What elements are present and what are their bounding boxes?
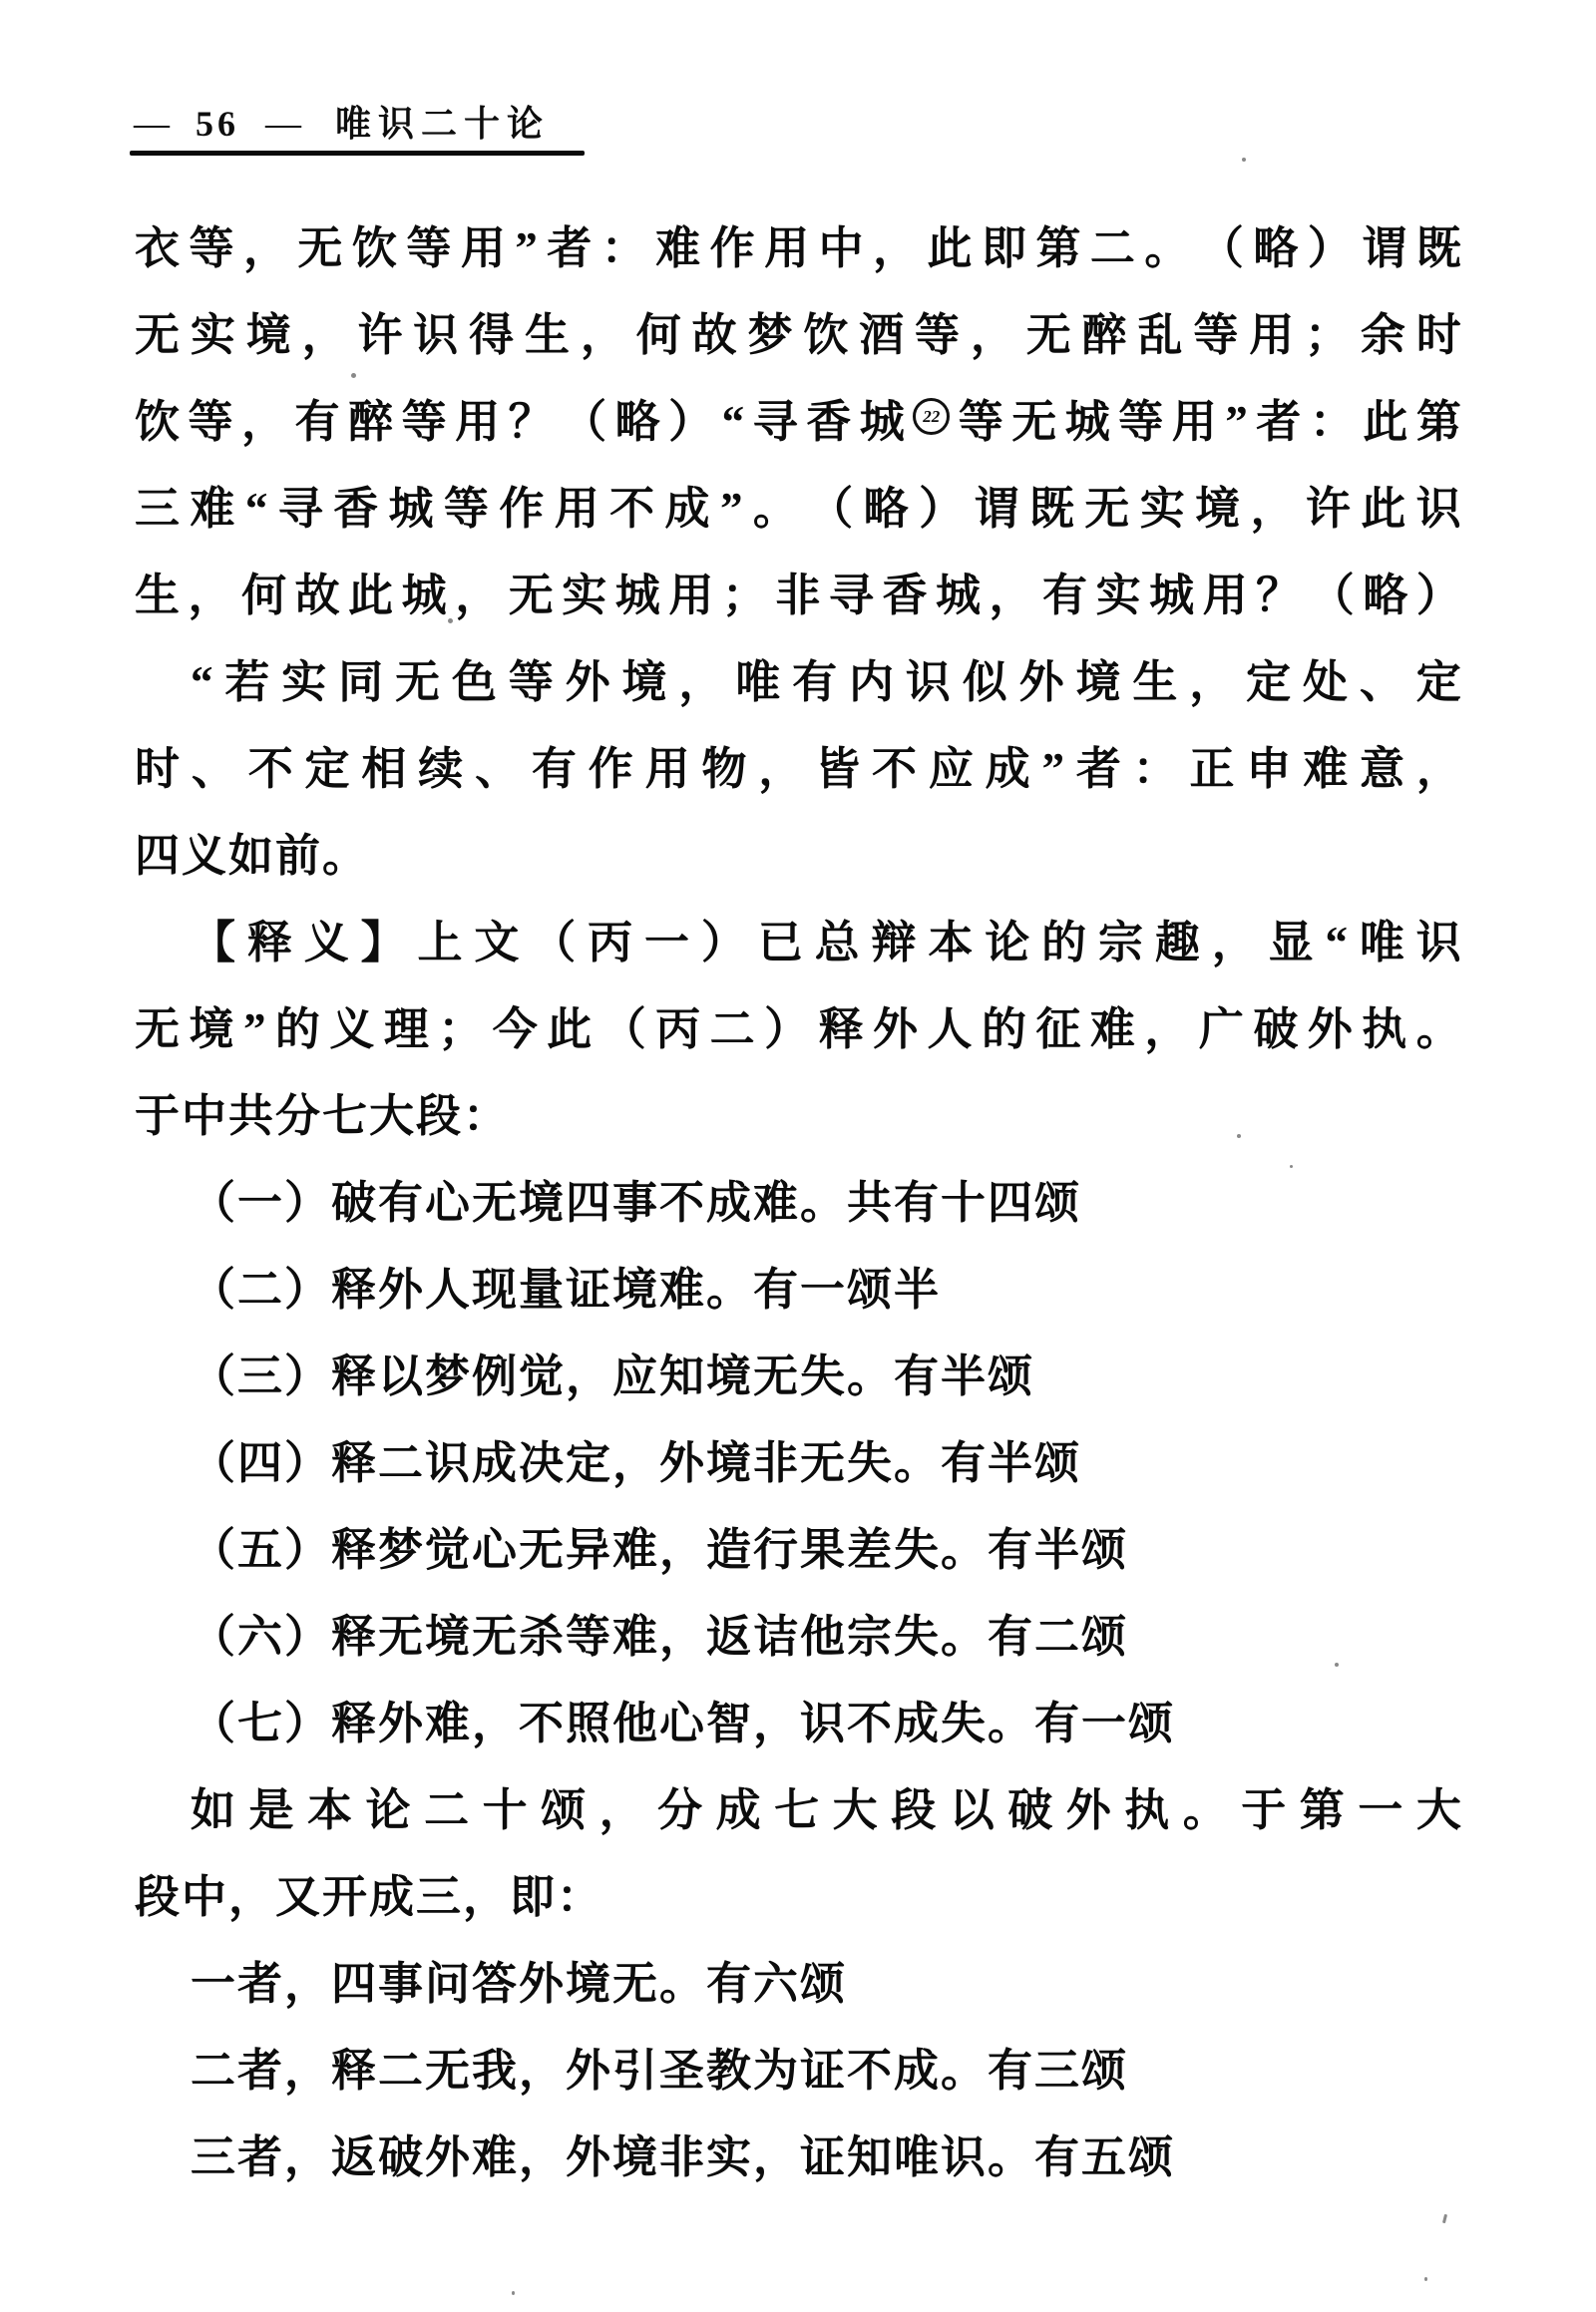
glyph: 外 bbox=[566, 639, 610, 726]
glyph: 香 bbox=[882, 553, 927, 639]
glyph: 趣 bbox=[1155, 900, 1200, 986]
glyph: 境 bbox=[1195, 466, 1240, 553]
glyph: 】 bbox=[361, 900, 406, 986]
glyph: 今 bbox=[493, 986, 538, 1073]
footnote-marker: 22 bbox=[913, 398, 950, 435]
glyph: 中 bbox=[819, 205, 864, 292]
glyph: 定 bbox=[1246, 639, 1291, 726]
text-run: （五）释梦觉心无异难，造行果差失。有半颂 bbox=[191, 1525, 1128, 1575]
text-run: （三）释以梦例觉，应知境无失。有半颂 bbox=[191, 1351, 1034, 1401]
glyph: 。 bbox=[1183, 1767, 1228, 1854]
scan-speck bbox=[512, 2291, 515, 2295]
scan-speck bbox=[1242, 158, 1246, 162]
glyph: 等 bbox=[189, 379, 233, 466]
glyph: 故 bbox=[295, 553, 340, 639]
glyph: 人 bbox=[928, 986, 973, 1073]
glyph: ， bbox=[1212, 900, 1257, 986]
header-dash-left: — bbox=[134, 107, 170, 141]
glyph: 应 bbox=[929, 726, 974, 813]
glyph: 用 bbox=[668, 553, 713, 639]
glyph: 色 bbox=[452, 639, 497, 726]
glyph: （ bbox=[1199, 205, 1244, 292]
scan-speck bbox=[448, 618, 453, 623]
glyph: 唯 bbox=[735, 639, 780, 726]
glyph: 城 bbox=[860, 379, 905, 466]
text-line: 衣等，无饮等用”者：难作用中，此即第二。（略）谓既 bbox=[135, 205, 1461, 292]
glyph: （ bbox=[1310, 553, 1355, 639]
text-line: 段中，又开成三，即： bbox=[135, 1854, 1461, 1941]
glyph: 许 bbox=[357, 292, 402, 379]
glyph: 识 bbox=[1416, 900, 1461, 986]
glyph: 同 bbox=[338, 639, 383, 726]
glyph: 者 bbox=[547, 205, 592, 292]
glyph: ， bbox=[581, 292, 625, 379]
glyph: ） bbox=[668, 379, 713, 466]
glyph: 等 bbox=[406, 205, 451, 292]
text-run: （一）破有心无境四事不成难。共有十四颂 bbox=[191, 1178, 1081, 1228]
text-line: 三难“寻香城等作用不成”。（略）谓既无实境，许此识 bbox=[135, 466, 1461, 553]
glyph: 丙 bbox=[588, 900, 632, 986]
glyph: 用 bbox=[764, 205, 809, 292]
glyph: ， bbox=[599, 1767, 644, 1854]
glyph: 此 bbox=[348, 553, 393, 639]
glyph: 故 bbox=[692, 292, 737, 379]
text-run: （六）释无境无杀等难，返诘他宗失。有二颂 bbox=[191, 1612, 1128, 1662]
glyph: 续 bbox=[418, 726, 463, 813]
glyph: 寻 bbox=[278, 466, 323, 553]
glyph: 用 bbox=[461, 205, 506, 292]
glyph: 意 bbox=[1360, 726, 1404, 813]
glyph: ） bbox=[701, 900, 746, 986]
glyph: 唯 bbox=[1360, 900, 1404, 986]
glyph: 已 bbox=[758, 900, 803, 986]
glyph: 寻 bbox=[753, 379, 798, 466]
glyph: ， bbox=[678, 639, 723, 726]
glyph: 谓 bbox=[1362, 205, 1406, 292]
text-line: 无实境，许识得生，何故梦饮酒等，无醉乱等用；余时 bbox=[135, 292, 1461, 379]
glyph: 识 bbox=[413, 292, 458, 379]
glyph: 略 bbox=[1253, 205, 1298, 292]
glyph: （ bbox=[808, 466, 853, 553]
glyph: 释 bbox=[819, 986, 864, 1073]
text-run: （二）释外人现量证境难。有一颂半 bbox=[191, 1265, 941, 1315]
glyph: 时 bbox=[135, 726, 180, 813]
scan-speck bbox=[1442, 2214, 1447, 2223]
glyph: 破 bbox=[1007, 1767, 1052, 1854]
glyph: ， bbox=[302, 292, 347, 379]
glyph: 香 bbox=[806, 379, 851, 466]
glyph: 若 bbox=[224, 639, 269, 726]
glyph: 何 bbox=[241, 553, 286, 639]
glyph: 物 bbox=[701, 726, 746, 813]
glyph: 得 bbox=[469, 292, 514, 379]
text-run: 段中，又开成三，即： bbox=[135, 1872, 603, 1922]
glyph: 非 bbox=[775, 553, 820, 639]
text-line: “若实同无色等外境，唯有内识似外境生，定处、定 bbox=[135, 639, 1461, 726]
glyph: 第 bbox=[1300, 1767, 1345, 1854]
glyph: 二 bbox=[424, 1767, 469, 1854]
glyph: 略 bbox=[1363, 553, 1407, 639]
glyph: 不 bbox=[248, 726, 293, 813]
glyph: 义 bbox=[329, 986, 374, 1073]
glyph: 征 bbox=[1035, 986, 1080, 1073]
glyph: ？ bbox=[509, 379, 554, 466]
glyph: 用 bbox=[1249, 292, 1294, 379]
glyph: 七 bbox=[774, 1767, 819, 1854]
header-dash-right: — bbox=[265, 107, 301, 141]
glyph: 段 bbox=[891, 1767, 936, 1854]
glyph: 无 bbox=[135, 292, 180, 379]
glyph: 衣 bbox=[135, 205, 180, 292]
glyph: 城 bbox=[615, 553, 660, 639]
text-line: 生，何故此城，无实城用；非寻香城，有实城用？（略） bbox=[135, 553, 1461, 639]
scan-speck bbox=[1237, 1134, 1241, 1138]
glyph: ” bbox=[243, 986, 266, 1073]
glyph: 城 bbox=[936, 553, 981, 639]
glyph: 生 bbox=[525, 292, 570, 379]
glyph: 此 bbox=[1361, 466, 1405, 553]
glyph: 宗 bbox=[1098, 900, 1143, 986]
glyph: 似 bbox=[963, 639, 1007, 726]
glyph: ， bbox=[1144, 986, 1189, 1073]
glyph: 用 bbox=[555, 466, 599, 553]
glyph: 申 bbox=[1246, 726, 1291, 813]
glyph: 分 bbox=[657, 1767, 702, 1854]
glyph: 、 bbox=[192, 726, 236, 813]
text-line: 三者，返破外难，外境非实，证知唯识。有五颂 bbox=[135, 2115, 1461, 2201]
glyph: 此 bbox=[547, 986, 592, 1073]
glyph: 无 bbox=[395, 639, 440, 726]
glyph: ” bbox=[515, 205, 538, 292]
glyph: 难 bbox=[1090, 986, 1135, 1073]
glyph: 香 bbox=[333, 466, 378, 553]
glyph: 等 bbox=[915, 292, 960, 379]
glyph: 略 bbox=[864, 466, 909, 553]
glyph: 等 bbox=[444, 466, 489, 553]
glyph: 用 bbox=[645, 726, 690, 813]
scan-speck bbox=[1290, 1165, 1293, 1168]
glyph: ” bbox=[720, 466, 743, 553]
glyph: 既 bbox=[1029, 466, 1074, 553]
glyph: 饮 bbox=[352, 205, 397, 292]
glyph: 大 bbox=[833, 1767, 878, 1854]
header-book-title: 唯识二十论 bbox=[335, 104, 550, 144]
glyph: 二 bbox=[1090, 205, 1135, 292]
text-run: 一者，四事问答外境无。有六颂 bbox=[191, 1959, 847, 2009]
glyph: 谓 bbox=[974, 466, 1018, 553]
glyph: 等 bbox=[1193, 292, 1238, 379]
glyph: 有 bbox=[1042, 553, 1087, 639]
glyph: ） bbox=[1308, 205, 1353, 292]
glyph: “ bbox=[722, 379, 745, 466]
glyph: 城 bbox=[389, 466, 434, 553]
glyph: 本 bbox=[928, 900, 973, 986]
glyph: 外 bbox=[873, 986, 918, 1073]
glyph: 等 bbox=[509, 639, 554, 726]
glyph: 辩 bbox=[872, 900, 917, 986]
glyph: 难 bbox=[190, 466, 234, 553]
glyph: ， bbox=[873, 205, 918, 292]
glyph: 无 bbox=[1084, 466, 1129, 553]
glyph: ” bbox=[1225, 379, 1248, 466]
glyph: 处 bbox=[1303, 639, 1348, 726]
glyph: “ bbox=[1326, 900, 1349, 986]
glyph: 实 bbox=[281, 639, 326, 726]
glyph: 识 bbox=[906, 639, 951, 726]
glyph: 实 bbox=[1140, 466, 1185, 553]
glyph: ） bbox=[919, 466, 964, 553]
glyph: 作 bbox=[710, 205, 755, 292]
text-line: （五）释梦觉心无异难，造行果差失。有半颂 bbox=[135, 1507, 1461, 1594]
glyph: 广 bbox=[1199, 986, 1244, 1073]
glyph: 相 bbox=[361, 726, 406, 813]
text-run: 四义如前。 bbox=[135, 831, 369, 881]
glyph: 无 bbox=[1026, 292, 1071, 379]
glyph: 破 bbox=[1253, 986, 1298, 1073]
glyph: 醉 bbox=[348, 379, 393, 466]
text-line: 一者，四事问答外境无。有六颂 bbox=[135, 1941, 1461, 2028]
glyph: 等 bbox=[1118, 379, 1163, 466]
glyph: 境 bbox=[189, 986, 233, 1073]
text-line: （六）释无境无杀等难，返诘他宗失。有二颂 bbox=[135, 1594, 1461, 1681]
glyph: 上 bbox=[418, 900, 463, 986]
glyph: ； bbox=[1305, 292, 1350, 379]
glyph: 本 bbox=[307, 1767, 352, 1854]
glyph: 如 bbox=[191, 1767, 235, 1854]
glyph: 丙 bbox=[655, 986, 700, 1073]
scan-speck bbox=[351, 373, 356, 378]
text-line: 饮等，有醉等用？（略）“寻香城22等无城等用”者：此第 bbox=[135, 379, 1461, 466]
glyph: 梦 bbox=[747, 292, 792, 379]
glyph: 二 bbox=[710, 986, 755, 1073]
glyph: 一 bbox=[644, 900, 689, 986]
glyph: 大 bbox=[1416, 1767, 1461, 1854]
glyph: 城 bbox=[1065, 379, 1110, 466]
glyph: ： bbox=[601, 205, 646, 292]
scan-speck bbox=[1335, 1663, 1339, 1667]
glyph: 十 bbox=[483, 1767, 528, 1854]
glyph: ， bbox=[1416, 726, 1461, 813]
glyph: 成 bbox=[665, 466, 710, 553]
text-line: （二）释外人现量证境难。有一颂半 bbox=[135, 1247, 1461, 1334]
glyph: 无 bbox=[135, 986, 180, 1073]
glyph: 乱 bbox=[1137, 292, 1182, 379]
glyph: 皆 bbox=[815, 726, 860, 813]
glyph: 用 bbox=[1172, 379, 1217, 466]
glyph: 的 bbox=[1041, 900, 1086, 986]
glyph: ； bbox=[438, 986, 483, 1073]
glyph: 外 bbox=[1066, 1767, 1111, 1854]
glyph: 不 bbox=[609, 466, 654, 553]
text-line: 四义如前。 bbox=[135, 813, 1461, 900]
glyph: 饮 bbox=[803, 292, 848, 379]
glyph: 难 bbox=[655, 205, 700, 292]
glyph: 释 bbox=[247, 900, 292, 986]
glyph: 用 bbox=[455, 379, 500, 466]
glyph: 时 bbox=[1416, 292, 1461, 379]
glyph: 此 bbox=[1363, 379, 1407, 466]
page-header: —56—唯识二十论 bbox=[134, 96, 550, 147]
glyph: 定 bbox=[305, 726, 350, 813]
glyph: 生 bbox=[1132, 639, 1177, 726]
glyph: 。 bbox=[753, 466, 798, 553]
glyph: 等 bbox=[959, 379, 1003, 466]
glyph: ： bbox=[1133, 726, 1178, 813]
glyph: ？ bbox=[1256, 553, 1301, 639]
glyph: 作 bbox=[589, 726, 633, 813]
glyph: 论 bbox=[366, 1767, 411, 1854]
glyph: 何 bbox=[636, 292, 681, 379]
glyph: 实 bbox=[191, 292, 235, 379]
glyph: 第 bbox=[1416, 379, 1461, 466]
scanned-page: —56—唯识二十论 衣等，无饮等用”者：难作用中，此即第二。（略）谓既无实境，许… bbox=[0, 0, 1596, 2312]
text-run: 三者，返破外难，外境非实，证知唯识。有五颂 bbox=[191, 2132, 1175, 2182]
text-run: （七）释外难，不照他心智，识不成失。有一颂 bbox=[191, 1699, 1175, 1748]
glyph: 一 bbox=[1358, 1767, 1402, 1854]
glyph: （ bbox=[531, 900, 576, 986]
glyph: 外 bbox=[1308, 986, 1353, 1073]
glyph: ， bbox=[1251, 466, 1296, 553]
glyph: 醉 bbox=[1082, 292, 1127, 379]
glyph: 成 bbox=[986, 726, 1030, 813]
glyph: ， bbox=[243, 205, 288, 292]
glyph: 无 bbox=[509, 553, 554, 639]
glyph: 三 bbox=[135, 466, 180, 553]
scan-speck bbox=[1424, 2277, 1427, 2281]
glyph: 第 bbox=[1035, 205, 1080, 292]
glyph: 。 bbox=[1416, 986, 1461, 1073]
glyph: 论 bbox=[985, 900, 1029, 986]
glyph: 理 bbox=[384, 986, 429, 1073]
glyph: 用 bbox=[1203, 553, 1248, 639]
glyph: 不 bbox=[872, 726, 917, 813]
glyph: 等 bbox=[402, 379, 447, 466]
glyph: 等 bbox=[189, 205, 233, 292]
glyph: 无 bbox=[1011, 379, 1056, 466]
glyph: ， bbox=[189, 553, 233, 639]
glyph: 略 bbox=[615, 379, 660, 466]
glyph: 境 bbox=[621, 639, 666, 726]
glyph: 【 bbox=[191, 900, 235, 986]
glyph: 、 bbox=[1360, 639, 1404, 726]
glyph: 余 bbox=[1361, 292, 1405, 379]
glyph: ， bbox=[971, 292, 1015, 379]
glyph: 显 bbox=[1269, 900, 1314, 986]
glyph: ， bbox=[455, 553, 500, 639]
glyph: 、 bbox=[475, 726, 520, 813]
glyph: “ bbox=[191, 639, 213, 726]
glyph: 颂 bbox=[541, 1767, 586, 1854]
glyph: ： bbox=[1310, 379, 1355, 466]
glyph: 寻 bbox=[829, 553, 874, 639]
glyph: 既 bbox=[1416, 205, 1461, 292]
glyph: ， bbox=[990, 553, 1034, 639]
glyph: 即 bbox=[982, 205, 1026, 292]
text-run: 于中共分七大段： bbox=[135, 1091, 510, 1141]
glyph: 总 bbox=[815, 900, 860, 986]
glyph: ） bbox=[1416, 553, 1461, 639]
glyph: 酒 bbox=[859, 292, 904, 379]
glyph: 有 bbox=[532, 726, 577, 813]
glyph: 境 bbox=[246, 292, 291, 379]
text-line: 无境”的义理；今此（丙二）释外人的征难，广破外执。 bbox=[135, 986, 1461, 1073]
text-line: （七）释外难，不照他心智，识不成失。有一颂 bbox=[135, 1681, 1461, 1767]
glyph: ， bbox=[758, 726, 803, 813]
header-page-number: 56 bbox=[196, 104, 239, 144]
glyph: 作 bbox=[499, 466, 544, 553]
glyph: 文 bbox=[474, 900, 519, 986]
glyph: 以 bbox=[950, 1767, 995, 1854]
glyph: ， bbox=[1189, 639, 1234, 726]
text-line: 如是本论二十颂，分成七大段以破外执。于第一大 bbox=[135, 1767, 1461, 1854]
glyph: 城 bbox=[402, 553, 447, 639]
glyph: 正 bbox=[1190, 726, 1235, 813]
glyph: 境 bbox=[1075, 639, 1120, 726]
glyph: 外 bbox=[1019, 639, 1064, 726]
text-line: （四）释二识成决定，外境非无失。有半颂 bbox=[135, 1420, 1461, 1507]
glyph: 于 bbox=[1241, 1767, 1286, 1854]
glyph: （ bbox=[562, 379, 606, 466]
glyph: 实 bbox=[562, 553, 606, 639]
glyph: 此 bbox=[928, 205, 973, 292]
glyph: 。 bbox=[1144, 205, 1189, 292]
glyph: ） bbox=[764, 986, 809, 1073]
glyph: 义 bbox=[304, 900, 349, 986]
text-line: （三）释以梦例觉，应知境无失。有半颂 bbox=[135, 1334, 1461, 1420]
text-run: （四）释二识成决定，外境非无失。有半颂 bbox=[191, 1438, 1081, 1488]
glyph: （ bbox=[601, 986, 646, 1073]
text-line: 于中共分七大段： bbox=[135, 1073, 1461, 1160]
glyph: 者 bbox=[1256, 379, 1301, 466]
glyph: ； bbox=[722, 553, 767, 639]
glyph: 城 bbox=[1149, 553, 1194, 639]
glyph: 执 bbox=[1362, 986, 1406, 1073]
glyph: 实 bbox=[1096, 553, 1141, 639]
text-line: 【释义】上文（丙一）已总辩本论的宗趣，显“唯识 bbox=[135, 900, 1461, 986]
glyph: 识 bbox=[1416, 466, 1461, 553]
header-underline bbox=[130, 151, 585, 156]
glyph: 是 bbox=[249, 1767, 294, 1854]
glyph: 有 bbox=[295, 379, 340, 466]
text-line: （一）破有心无境四事不成难。共有十四颂 bbox=[135, 1160, 1461, 1247]
glyph: 许 bbox=[1306, 466, 1351, 553]
glyph: 有 bbox=[792, 639, 837, 726]
glyph: 的 bbox=[275, 986, 320, 1073]
text-line: 时、不定相续、有作用物，皆不应成”者：正申难意， bbox=[135, 726, 1461, 813]
glyph: 定 bbox=[1416, 639, 1461, 726]
page-body: 衣等，无饮等用”者：难作用中，此即第二。（略）谓既无实境，许识得生，何故梦饮酒等… bbox=[135, 205, 1461, 2201]
glyph: 难 bbox=[1303, 726, 1348, 813]
glyph: 执 bbox=[1124, 1767, 1169, 1854]
text-line: 二者，释二无我，外引圣教为证不成。有三颂 bbox=[135, 2028, 1461, 2115]
text-run: 二者，释二无我，外引圣教为证不成。有三颂 bbox=[191, 2046, 1128, 2096]
glyph: ” bbox=[1042, 726, 1065, 813]
glyph: 者 bbox=[1076, 726, 1121, 813]
glyph: 成 bbox=[716, 1767, 761, 1854]
glyph: “ bbox=[245, 466, 268, 553]
glyph: 饮 bbox=[135, 379, 180, 466]
glyph: ， bbox=[241, 379, 286, 466]
glyph: 生 bbox=[135, 553, 180, 639]
glyph: 无 bbox=[297, 205, 342, 292]
glyph: 的 bbox=[982, 986, 1026, 1073]
glyph: 内 bbox=[849, 639, 894, 726]
